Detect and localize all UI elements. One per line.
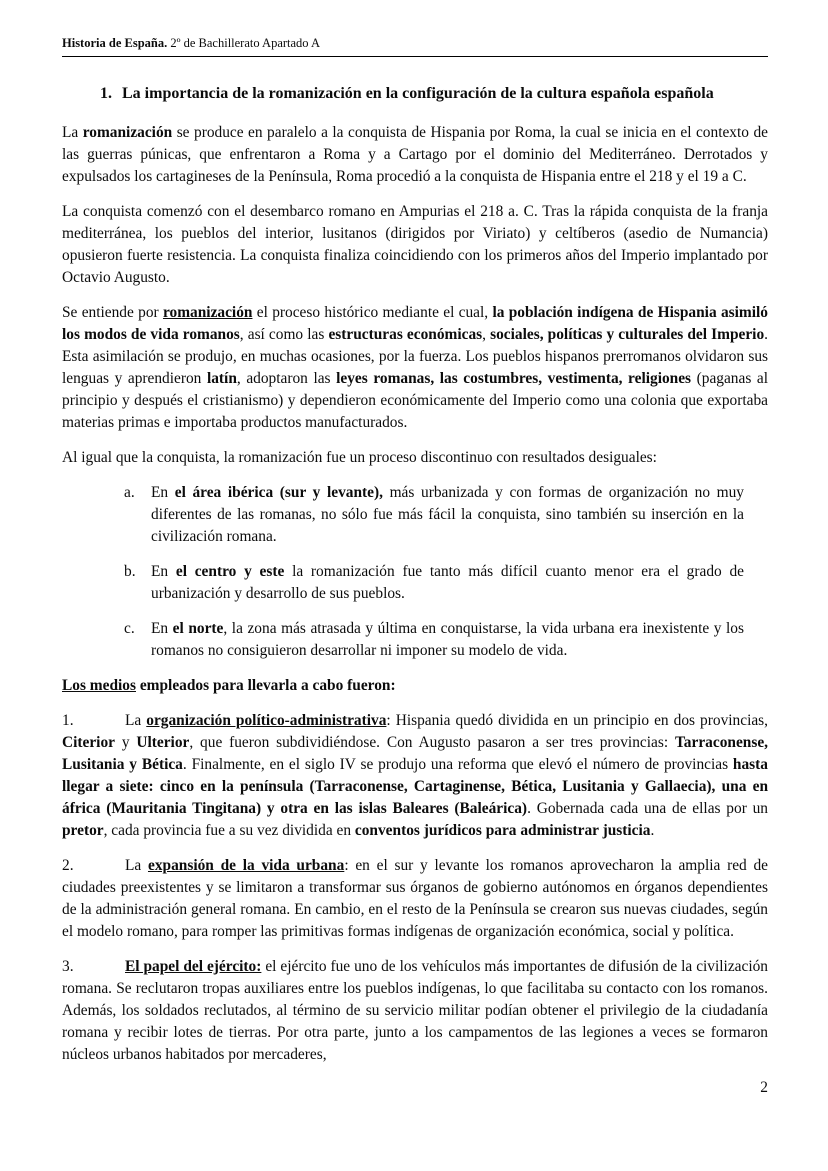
list-item-a-text: En el área ibérica (sur y levante), más …: [151, 482, 744, 548]
page-header: Historia de España. 2º de Bachillerato A…: [62, 36, 768, 57]
page-number: 2: [62, 1077, 768, 1099]
list-marker-c: c.: [124, 618, 151, 662]
para-romanizacion-intro: La romanización se produce en paralelo a…: [62, 122, 768, 188]
list-item-c: c. En el norte, la zona más atrasada y ú…: [124, 618, 744, 662]
title-text: La importancia de la romanización en la …: [122, 83, 714, 104]
list-item-c-text: En el norte, la zona más atrasada y últi…: [151, 618, 744, 662]
numbered-item-1-marker: 1.: [62, 710, 125, 732]
numbered-item-2-text: La expansión de la vida urbana: en el su…: [62, 857, 768, 940]
list-item-a: a. En el área ibérica (sur y levante), m…: [124, 482, 744, 548]
document-title: 1. La importancia de la romanización en …: [62, 83, 768, 104]
numbered-item-3: 3.El papel del ejército: el ejército fue…: [62, 956, 768, 1066]
heading-los-medios: Los medios empleados para llevarla a cab…: [62, 675, 768, 697]
numbered-item-2: 2.La expansión de la vida urbana: en el …: [62, 855, 768, 943]
para-conquista: La conquista comenzó con el desembarco r…: [62, 201, 768, 289]
numbered-item-3-marker: 3.: [62, 956, 125, 978]
list-marker-a: a.: [124, 482, 151, 548]
list-marker-b: b.: [124, 561, 151, 605]
numbered-item-1-text: La organización político-administrativa:…: [62, 712, 768, 839]
title-number: 1.: [100, 83, 122, 104]
document-page: Historia de España. 2º de Bachillerato A…: [0, 0, 828, 1171]
numbered-item-3-text: El papel del ejército: el ejército fue u…: [62, 958, 768, 1063]
para-definicion-romanizacion: Se entiende por romanización el proceso …: [62, 302, 768, 434]
numbered-item-2-marker: 2.: [62, 855, 125, 877]
list-item-b-text: En el centro y este la romanización fue …: [151, 561, 744, 605]
list-item-b: b. En el centro y este la romanización f…: [124, 561, 744, 605]
numbered-item-1: 1.La organización político-administrativ…: [62, 710, 768, 842]
para-proceso-discontinuo: Al igual que la conquista, la romanizaci…: [62, 447, 768, 469]
